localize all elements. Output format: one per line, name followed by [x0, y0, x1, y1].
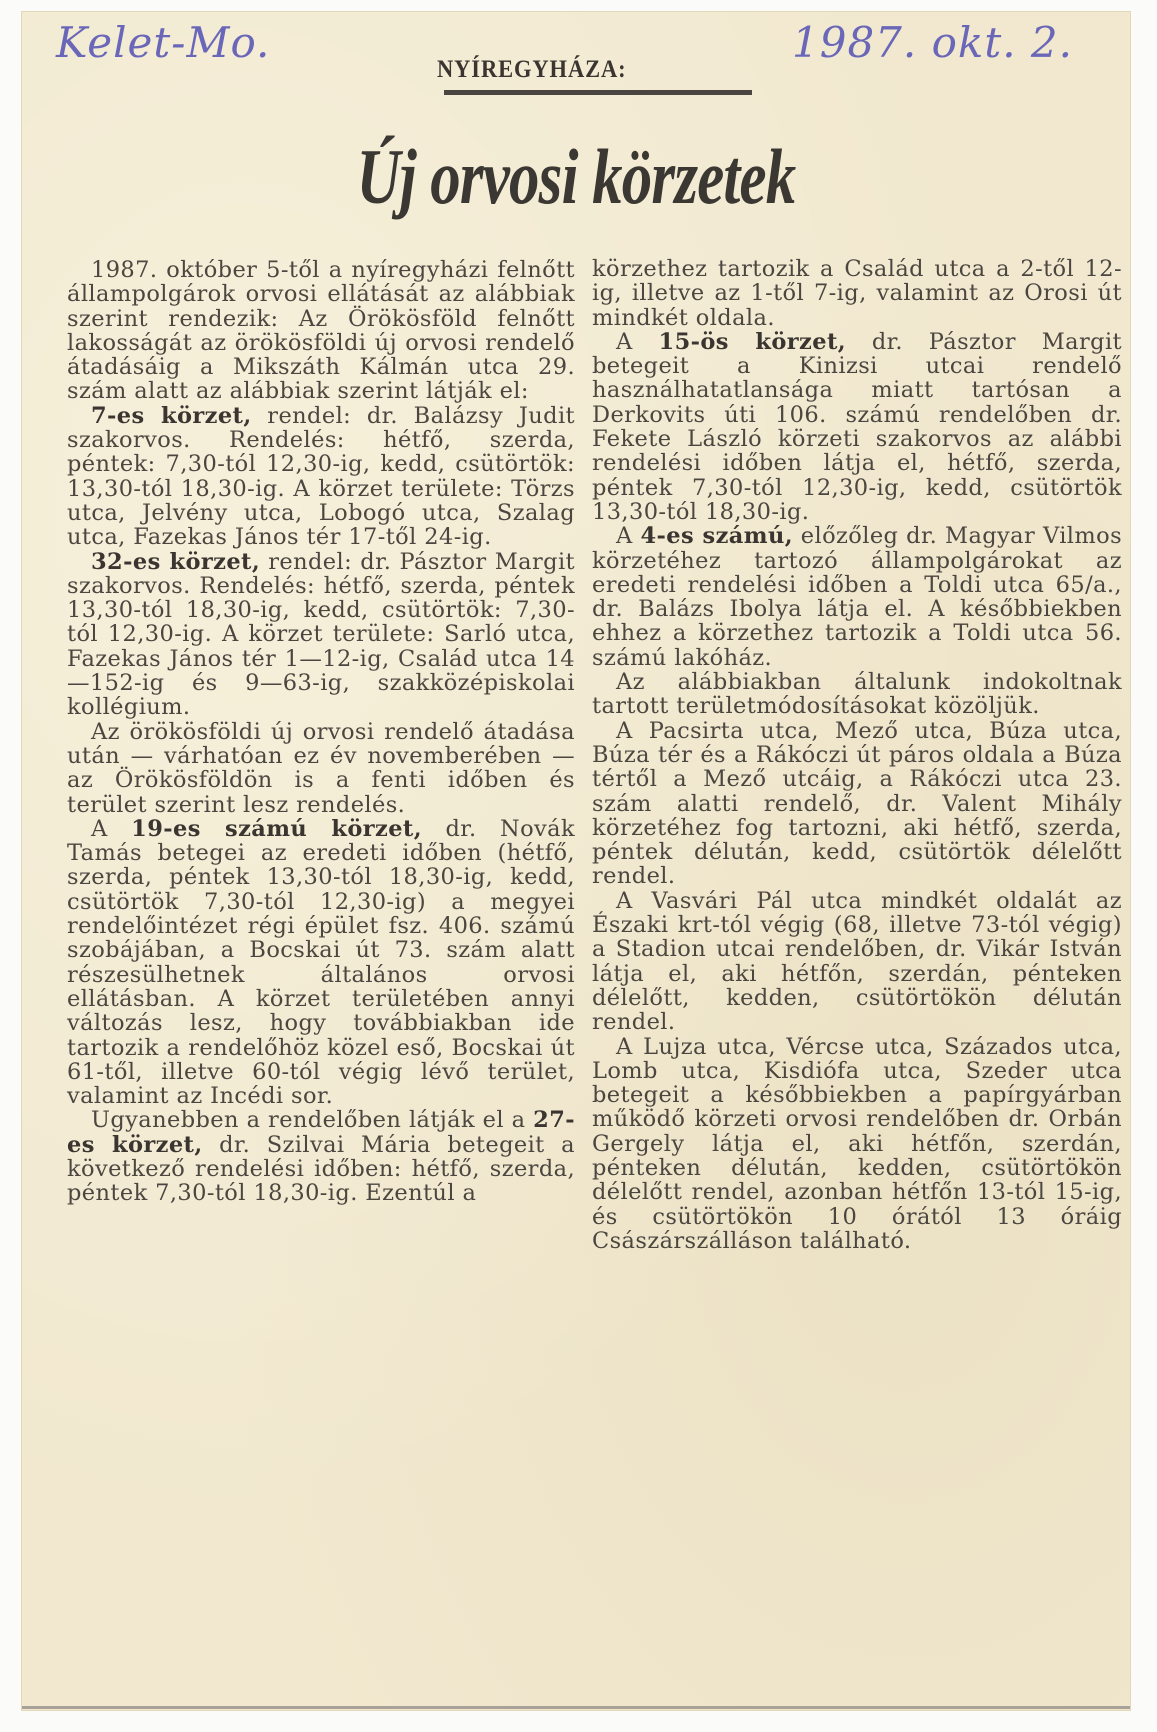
district-label: 7-es körzet, [91, 403, 252, 429]
article-paragraph: A 4-es számú, előzőleg dr. Magyar Vilmos… [592, 524, 1122, 670]
handwritten-date-note: 1987. okt. 2. [792, 18, 1073, 67]
paragraph-prefix: Ugyanebben a rendelőben látják el a [91, 1107, 533, 1133]
district-label: 32-es körzet, [91, 549, 260, 575]
district-label: 4-es számú, [640, 523, 793, 549]
article-paragraph: A Pacsirta utca, Mező utca, Búza utca, B… [592, 719, 1122, 889]
paragraph-text: rendel: dr. Pásztor Margit szakorvos. Re… [67, 549, 575, 721]
paragraph-prefix: A [616, 523, 640, 549]
article-column-left: 1987. október 5-től a nyíregyházi felnőt… [67, 258, 575, 1206]
article-paragraph: Az örökösföldi új orvosi rendelő átadása… [67, 720, 575, 817]
kicker-underline [444, 90, 752, 95]
paragraph-text: Az örökösföldi új orvosi rendelő átadása… [67, 719, 575, 818]
article-column-right: körzethez tartozik a Család utca a 2-től… [592, 257, 1122, 1253]
paragraph-text: Az alábbiakban általunk indokoltnak tart… [592, 669, 1122, 719]
district-label: 15-ös körzet, [659, 329, 846, 355]
paragraph-text: dr. Pásztor Margit betegeit a Kinizsi ut… [592, 329, 1122, 525]
article-paragraph: A Vasvári Pál utca mindkét oldalát az És… [592, 889, 1122, 1035]
article-paragraph: Az alábbiakban általunk indokoltnak tart… [592, 670, 1122, 719]
article-paragraph: 32-es körzet, rendel: dr. Pásztor Margit… [67, 550, 575, 720]
article-paragraph: 1987. október 5-től a nyíregyházi felnőt… [67, 258, 575, 404]
article-paragraph: körzethez tartozik a Család utca a 2-től… [592, 257, 1122, 330]
newspaper-clipping: Kelet-Mo. 1987. okt. 2. NYÍREGYHÁZA: Új … [22, 12, 1130, 1710]
article-headline: Új orvosi körzetek [144, 132, 1008, 222]
article-paragraph: Ugyanebben a rendelőben látják el a 27-e… [67, 1108, 575, 1205]
paragraph-prefix: A [91, 816, 131, 842]
paragraph-text: A Lujza utca, Vércse utca, Százados utca… [592, 1034, 1122, 1254]
district-label: 19-es számú körzet, [131, 816, 422, 842]
handwritten-source-note: Kelet-Mo. [56, 18, 270, 67]
paragraph-text: dr. Novák Tamás betegei az eredeti időbe… [67, 816, 575, 1109]
article-paragraph: 7-es körzet, rendel: dr. Balázsy Judit s… [67, 404, 575, 550]
paragraph-text: 1987. október 5-től a nyíregyházi felnőt… [67, 257, 575, 404]
article-paragraph: A Lujza utca, Vércse utca, Százados utca… [592, 1035, 1122, 1254]
paragraph-text: A Pacsirta utca, Mező utca, Búza utca, B… [592, 718, 1122, 890]
paragraph-prefix: A [616, 329, 659, 355]
paragraph-text: A Vasvári Pál utca mindkét oldalát az És… [592, 888, 1122, 1035]
paragraph-text: körzethez tartozik a Család utca a 2-től… [592, 256, 1122, 331]
kicker-location: NYÍREGYHÁZA: [437, 56, 627, 84]
article-paragraph: A 15-ös körzet, dr. Pásztor Margit beteg… [592, 330, 1122, 524]
article-paragraph: A 19-es számú körzet, dr. Novák Tamás be… [67, 817, 575, 1109]
clipping-bottom-edge [22, 1706, 1130, 1709]
